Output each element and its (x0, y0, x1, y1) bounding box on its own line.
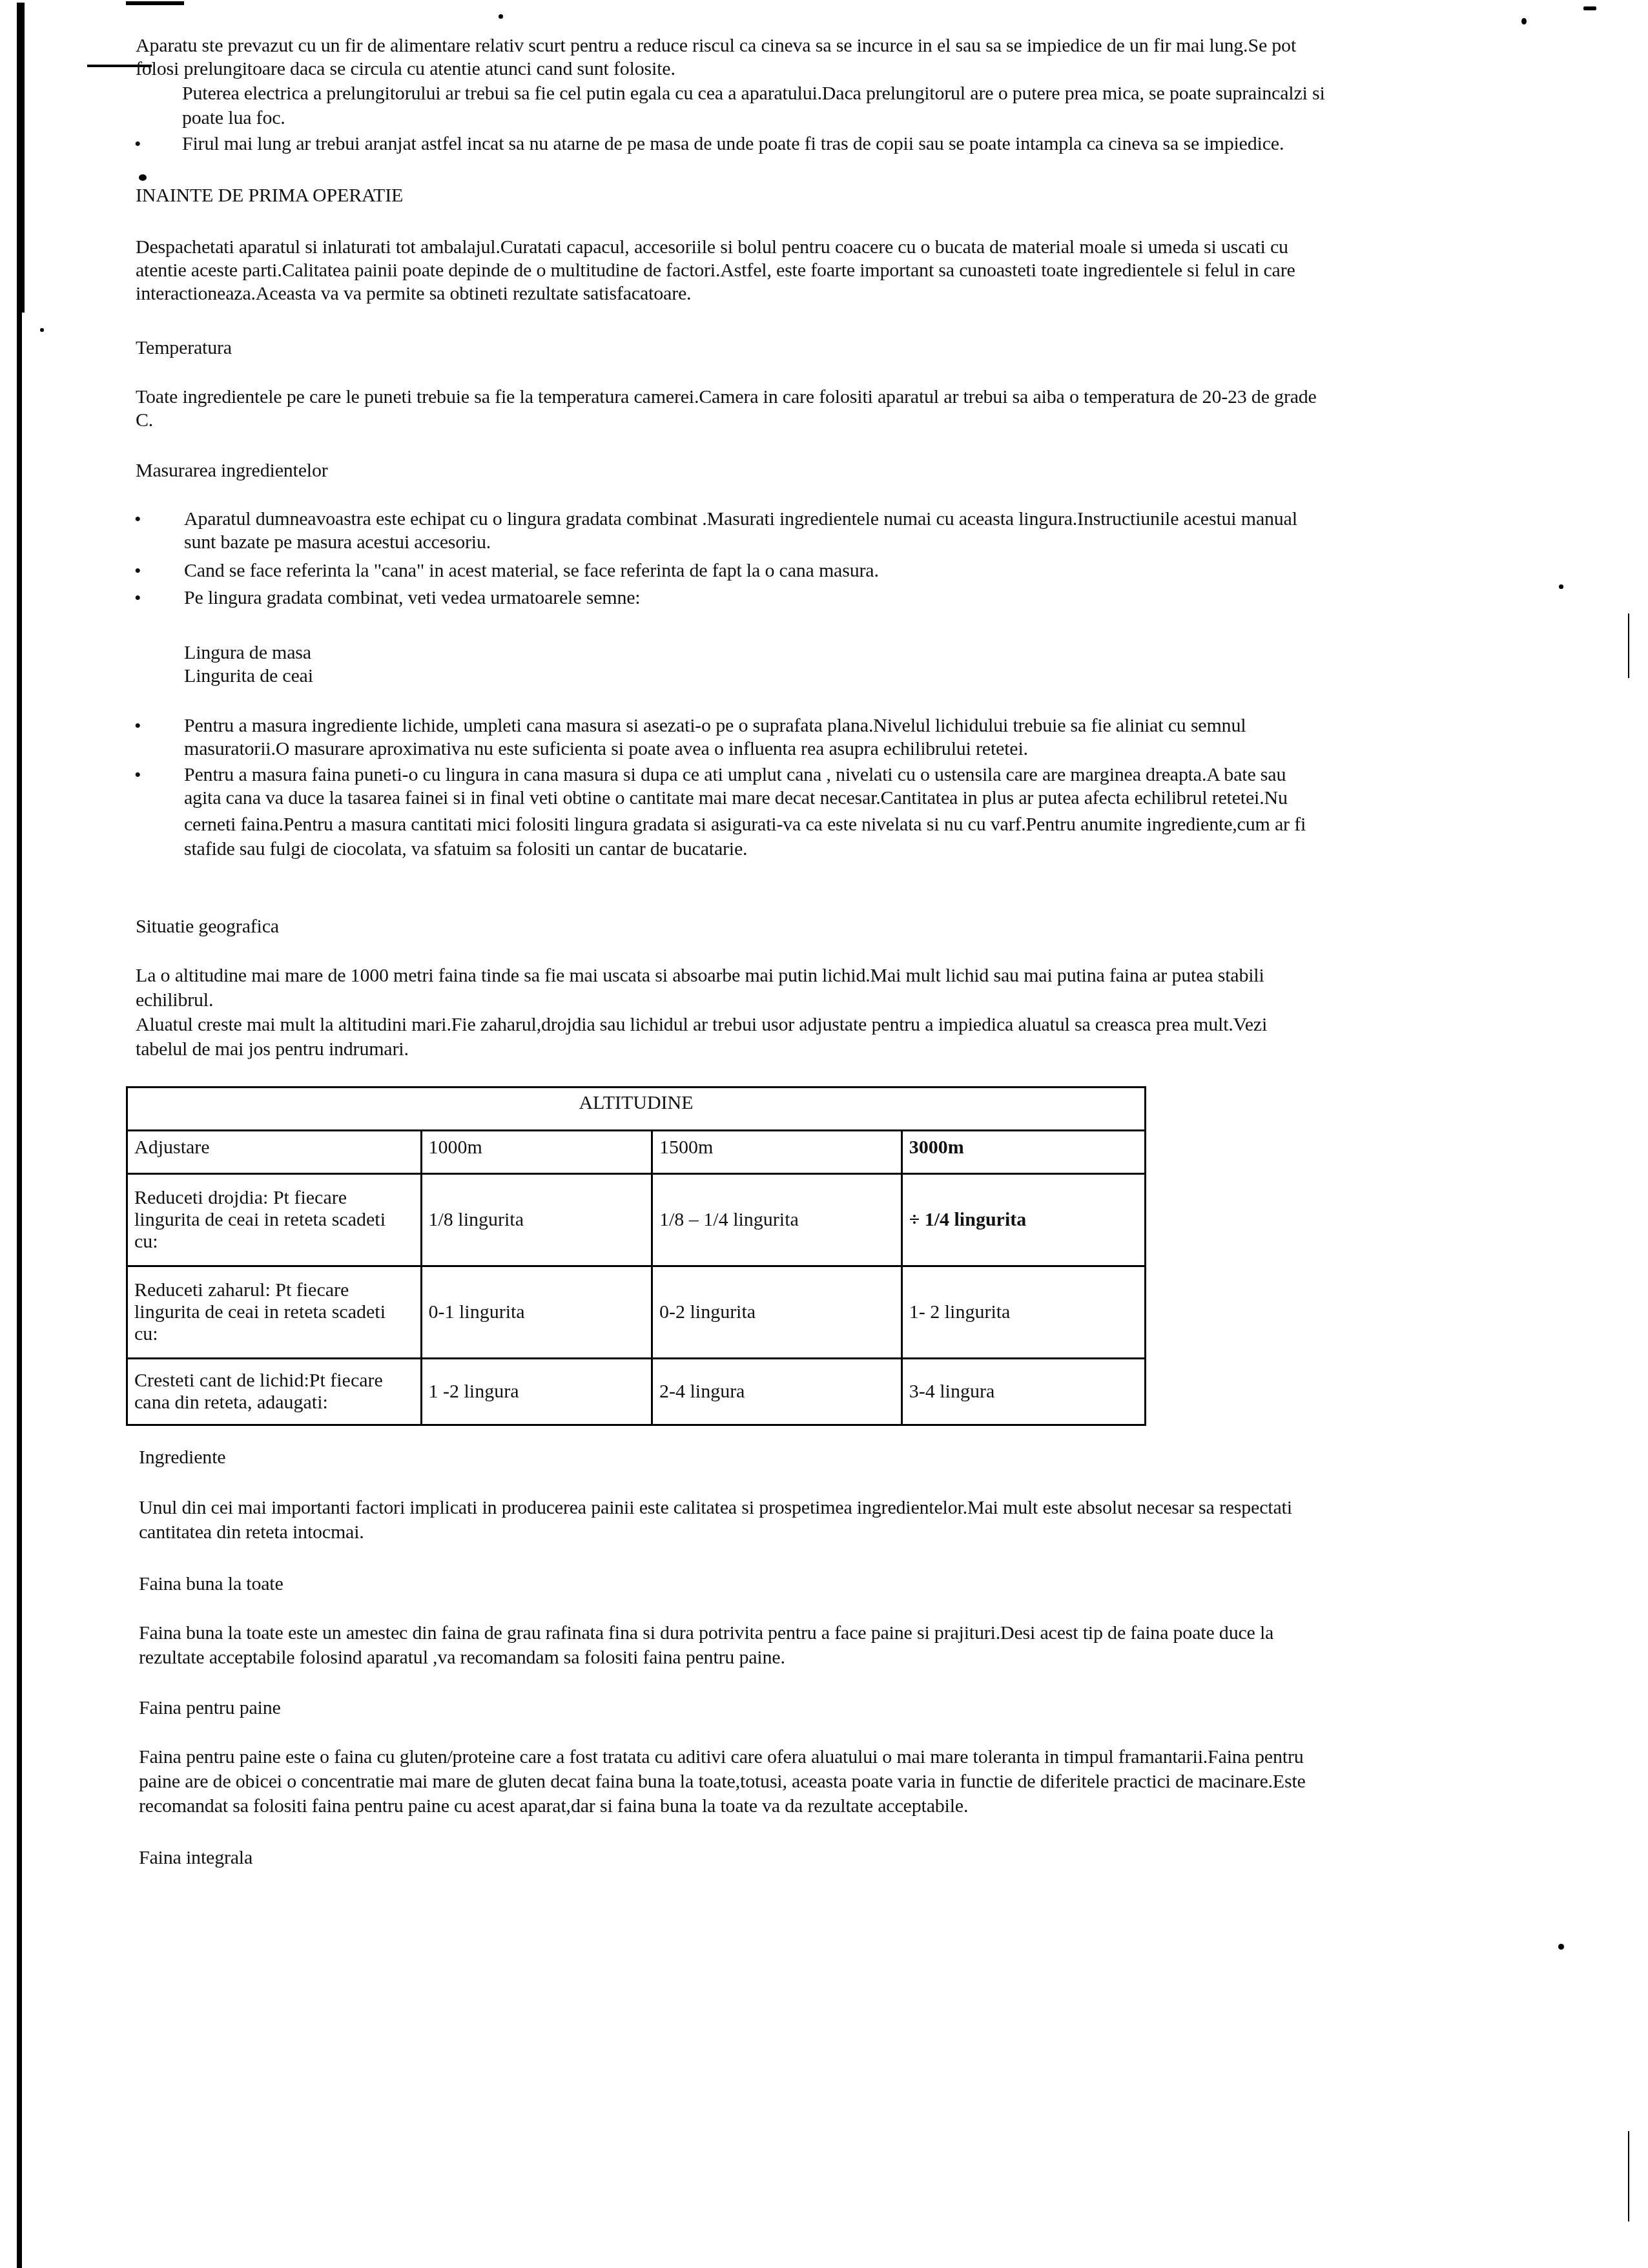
heading-whole-wheat-flour: Faina integrala (139, 1847, 252, 1869)
bullet-icon (134, 765, 141, 787)
row-label: Reduceti drojdia: Pt fiecare lingurita d… (127, 1174, 422, 1266)
table-row: Reduceti zaharul: Pt fiecare lingurita d… (127, 1266, 1146, 1359)
paragraph-line: La o altitudine mai mare de 1000 metri f… (136, 965, 1264, 987)
paragraph-line: recomandat sa folositi faina pentru pain… (139, 1795, 968, 1817)
bullet-text: Pentru a masura ingrediente lichide, ump… (184, 715, 1246, 737)
spoon-mark-teaspoon: Lingurita de ceai (184, 665, 313, 687)
scan-speck (499, 14, 503, 19)
paragraph-line: paine are de obicei o concentratie mai m… (139, 1771, 1306, 1793)
scan-speck (40, 328, 44, 332)
bullet-text: masuratorii.O masurare aproximativa nu e… (184, 738, 1028, 760)
scan-speck (1521, 18, 1527, 25)
bullet-text: Aparatul dumneavoastra este echipat cu o… (184, 508, 1297, 530)
heading-measuring: Masurarea ingredientelor (136, 460, 328, 482)
heading-temperature: Temperatura (136, 337, 232, 359)
bullet-text: Pe lingura gradata combinat, veti vedea … (184, 587, 640, 609)
table-title: ALTITUDINE (127, 1088, 1146, 1131)
table-row: Cresteti cant de lichid:Pt fiecare cana … (127, 1359, 1146, 1425)
column-header: 3000m (901, 1131, 1145, 1174)
table-cell: 0-2 lingurita (652, 1266, 901, 1359)
paragraph-line: Unul din cei mai importanti factori impl… (139, 1497, 1292, 1519)
scanned-document-page: Aparatu ste prevazut cu un fir de alimen… (0, 0, 1648, 2268)
bullet-text: agita cana va duce la tasarea fainei si … (184, 787, 1288, 809)
scan-edge-shadow-top (22, 3, 25, 313)
bullet-text: cerneti faina.Pentru a masura cantitati … (184, 814, 1306, 836)
scan-edge-shadow (17, 3, 22, 2268)
bullet-text-power-cont: poate lua foc. (182, 107, 285, 129)
scan-speck (1583, 6, 1596, 10)
table-cell: 3-4 lingura (901, 1359, 1145, 1425)
table-cell: 2-4 lingura (652, 1359, 901, 1425)
altitude-adjustment-table: ALTITUDINE Adjustare 1000m 1500m 3000m R… (126, 1086, 1146, 1426)
paragraph-line: Faina pentru paine este o faina cu glute… (139, 1746, 1303, 1768)
bullet-text: stafide sau fulgi de ciocolata, va sfatu… (184, 838, 747, 860)
row-label: Reduceti zaharul: Pt fiecare lingurita d… (127, 1266, 422, 1359)
table-row: Reduceti drojdia: Pt fiecare lingurita d… (127, 1174, 1146, 1266)
table-cell: ÷ 1/4 lingurita (901, 1174, 1145, 1266)
scan-speck (1558, 1944, 1564, 1950)
paragraph-line: atentie aceste parti.Calitatea painii po… (136, 260, 1295, 282)
bullet-text: sunt bazate pe masura acestui accesoriu. (184, 531, 491, 553)
bullet-text-power: Puterea electrica a prelungitorului ar t… (182, 83, 1325, 105)
table-cell: 1 -2 lingura (421, 1359, 652, 1425)
intro-line-1: Aparatu ste prevazut cu un fir de alimen… (136, 35, 1296, 57)
scan-smudge (126, 1, 184, 5)
paragraph-line: Aluatul creste mai mult la altitudini ma… (136, 1014, 1267, 1036)
spoon-mark-tablespoon: Lingura de masa (184, 642, 311, 664)
column-header: Adjustare (127, 1131, 422, 1174)
scan-speck (1559, 584, 1563, 589)
paragraph-line: interactioneaza.Aceasta va va permite sa… (136, 283, 691, 305)
table-cell: 1/8 – 1/4 lingurita (652, 1174, 901, 1266)
bullet-icon (134, 509, 141, 531)
row-label: Cresteti cant de lichid:Pt fiecare cana … (127, 1359, 422, 1425)
paragraph-line: Despachetati aparatul si inlaturati tot … (136, 236, 1288, 258)
bullet-text: Pentru a masura faina puneti-o cu lingur… (184, 764, 1286, 786)
paragraph-line: rezultate acceptabile folosind aparatul … (139, 1647, 785, 1669)
heading-geography: Situatie geografica (136, 916, 279, 938)
heading-ingredients: Ingrediente (139, 1447, 225, 1469)
bullet-icon (134, 134, 141, 156)
heading-all-purpose-flour: Faina buna la toate (139, 1573, 283, 1595)
bullet-icon (134, 716, 141, 737)
column-header: 1000m (421, 1131, 652, 1174)
bullet-icon (134, 561, 141, 582)
paragraph-line: Toate ingredientele pe care le puneti tr… (136, 386, 1317, 408)
bullet-text-cord: Firul mai lung ar trebui aranjat astfel … (182, 133, 1284, 155)
table-cell: 1/8 lingurita (421, 1174, 652, 1266)
scan-speck (139, 174, 147, 181)
table-cell: 1- 2 lingurita (901, 1266, 1145, 1359)
heading-before-first-use: INAINTE DE PRIMA OPERATIE (136, 185, 403, 207)
intro-line-2: folosi prelungitoare daca se circula cu … (136, 58, 675, 80)
paragraph-line: tabelul de mai jos pentru indrumari. (136, 1038, 409, 1060)
scan-mark (1628, 2131, 1629, 2222)
scan-mark (1628, 613, 1629, 678)
bullet-icon (134, 588, 141, 610)
table-cell: 0-1 lingurita (421, 1266, 652, 1359)
paragraph-line: C. (136, 409, 153, 431)
table-header-row: Adjustare 1000m 1500m 3000m (127, 1131, 1146, 1174)
paragraph-line: cantitatea din reteta intocmai. (139, 1521, 364, 1543)
paragraph-line: Faina buna la toate este un amestec din … (139, 1622, 1273, 1644)
bullet-text: Cand se face referinta la "cana" in aces… (184, 560, 879, 582)
column-header: 1500m (652, 1131, 901, 1174)
paragraph-line: echilibrul. (136, 989, 213, 1011)
heading-bread-flour: Faina pentru paine (139, 1697, 281, 1719)
